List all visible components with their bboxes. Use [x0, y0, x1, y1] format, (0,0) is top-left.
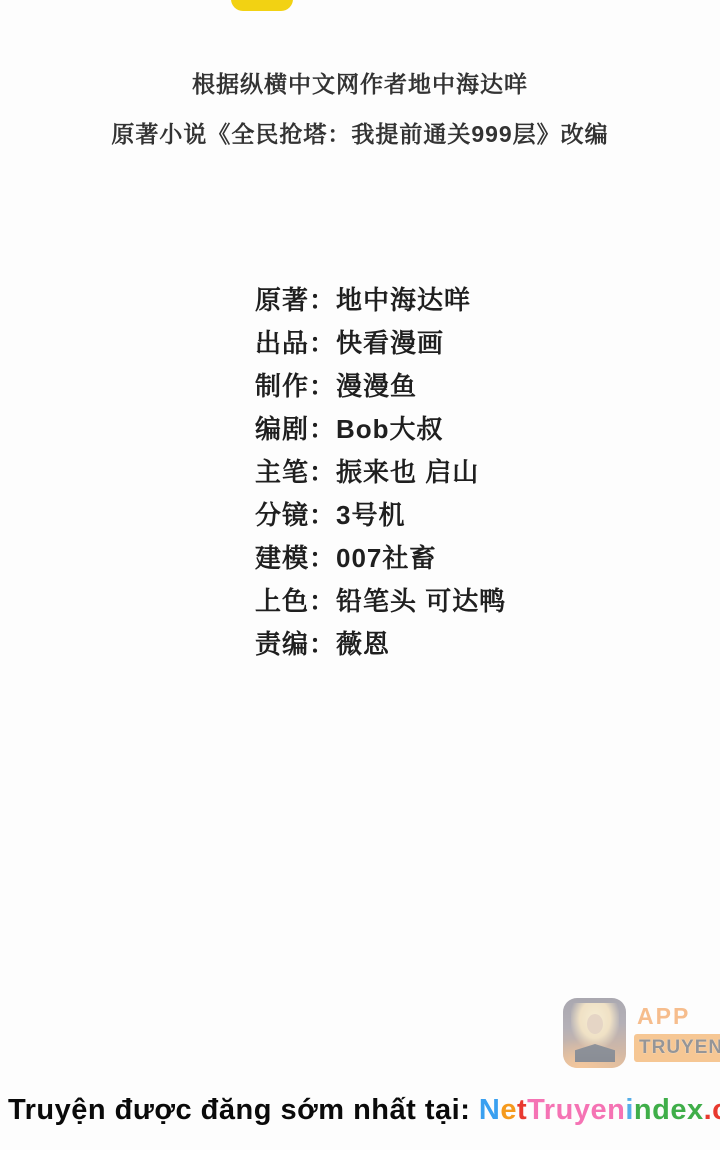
site-name-letter: r — [544, 1094, 556, 1126]
watermark-text-block: APP TRUYEN — [634, 998, 720, 1062]
credit-row: 制作：漫漫鱼 — [255, 369, 506, 412]
watermark-app-label: APP — [634, 1004, 720, 1028]
site-name-link[interactable]: NetTruyenindex.com — [479, 1094, 720, 1126]
site-name-letter: n — [607, 1094, 625, 1126]
site-name-letter: d — [652, 1094, 670, 1126]
site-name-letter: e — [670, 1094, 687, 1126]
adaptation-line-1: 根据纵横中文网作者地中海达咩 — [0, 70, 720, 98]
credit-row: 上色：铅笔头 可达鸭 — [255, 584, 506, 627]
credits-list: 原著：地中海达咩出品：快看漫画制作：漫漫鱼编剧：Bob大叔主笔：振来也 启山分镜… — [255, 283, 506, 670]
site-name-letter: u — [556, 1094, 574, 1126]
credit-row: 原著：地中海达咩 — [255, 283, 506, 326]
comic-credits-page: 根据纵横中文网作者地中海达咩 原著小说《全民抢塔：我提前通关999层》改编 原著… — [0, 0, 720, 1150]
apptruyen-watermark: APP TRUYEN — [563, 998, 713, 1076]
site-name-letter: x — [687, 1094, 704, 1126]
site-name-letter: . — [704, 1094, 713, 1126]
site-name-letter: e — [500, 1094, 517, 1126]
icon-character-face — [587, 1014, 603, 1034]
site-name-letter: i — [625, 1094, 634, 1126]
footer-text: Truyện được đăng sớm nhất tại: — [8, 1094, 479, 1126]
site-name-letter: e — [590, 1094, 607, 1126]
credit-row: 建模：007社畜 — [255, 541, 506, 584]
credit-row: 编剧：Bob大叔 — [255, 412, 506, 455]
kuaikan-logo-fragment — [231, 0, 293, 11]
site-name-letter: c — [712, 1094, 720, 1126]
apptruyen-app-icon — [563, 998, 626, 1068]
credit-row: 责编：薇恩 — [255, 627, 506, 670]
site-name-letter: N — [479, 1094, 500, 1126]
site-name-letter: T — [527, 1094, 544, 1126]
watermark-truyen-badge: TRUYEN — [634, 1034, 720, 1062]
credit-row: 出品：快看漫画 — [255, 326, 506, 369]
adaptation-note: 根据纵横中文网作者地中海达咩 原著小说《全民抢塔：我提前通关999层》改编 — [0, 70, 720, 148]
site-name-letter: n — [634, 1094, 652, 1126]
credit-row: 主笔：振来也 启山 — [255, 455, 506, 498]
footer-credit-line: Truyện được đăng sớm nhất tại: NetTruyen… — [8, 1094, 720, 1127]
site-name-letter: t — [517, 1094, 527, 1126]
credit-row: 分镜：3号机 — [255, 498, 506, 541]
site-name-letter: y — [574, 1094, 591, 1126]
adaptation-line-2: 原著小说《全民抢塔：我提前通关999层》改编 — [0, 120, 720, 148]
